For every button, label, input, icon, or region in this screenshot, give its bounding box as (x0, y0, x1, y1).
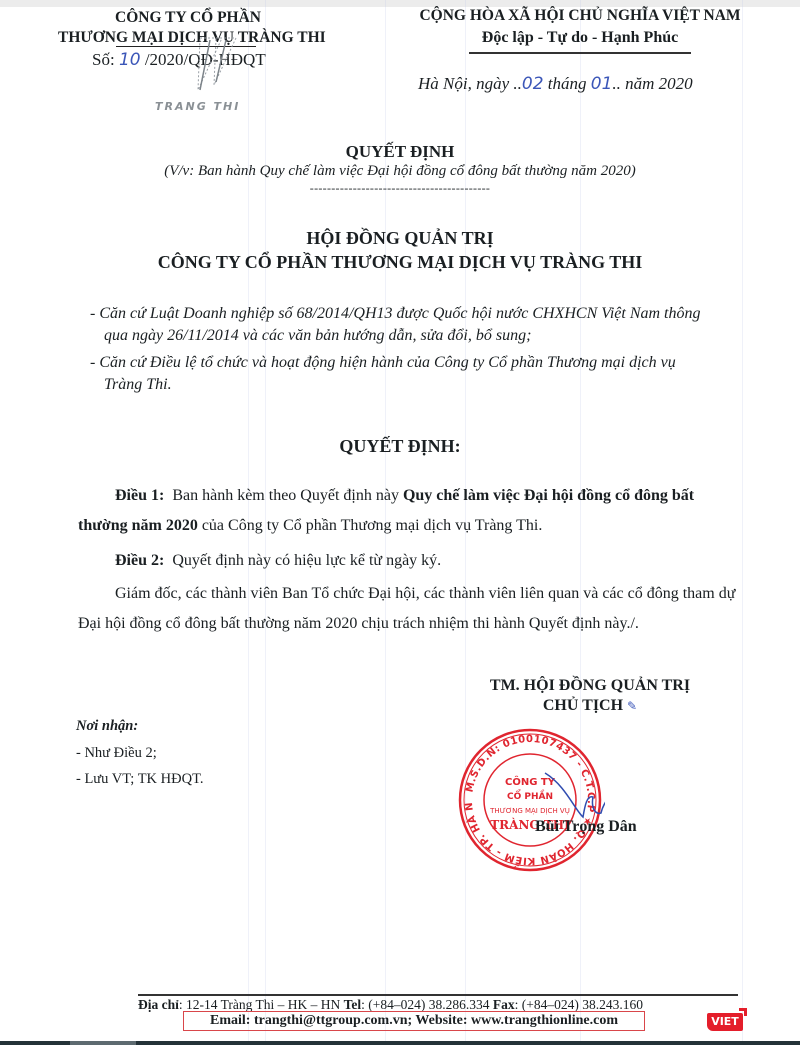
document-title: QUYẾT ĐỊNH (0, 142, 800, 162)
svg-text:THƯƠNG MẠI DỊCH VỤ: THƯƠNG MẠI DỊCH VỤ (489, 807, 570, 815)
bottom-bar-segment (70, 1041, 136, 1045)
handwritten-day: 02 (522, 74, 544, 94)
company-logo-icon (170, 30, 250, 100)
national-header: CỘNG HÒA XÃ HỘI CHỦ NGHĨA VIỆT NAM Độc l… (390, 5, 770, 54)
national-title: CỘNG HÒA XÃ HỘI CHỦ NGHĨA VIỆT NAM (390, 5, 770, 27)
national-motto: Độc lập - Tự do - Hạnh Phúc (390, 27, 770, 49)
recipient-item: - Lưu VT; TK HĐQT. (76, 771, 203, 788)
watermark-badge: VIET (707, 1013, 743, 1031)
board-title: HỘI ĐỒNG QUẢN TRỊ (0, 228, 800, 249)
date-line: Hà Nội, ngày ..02 tháng 01.. năm 2020 (418, 74, 693, 94)
footer-divider (138, 994, 738, 996)
initial-mark: ✎ (627, 699, 637, 713)
motto-underline (469, 52, 691, 54)
signature-title: TM. HỘI ĐỒNG QUẢN TRỊ CHỦ TỊCH ✎ (470, 676, 710, 716)
recipient-item: - Như Điều 2; (76, 745, 157, 762)
watermark-corner-icon (739, 1008, 747, 1016)
legal-basis-1: - Căn cứ Luật Doanh nghiệp số 68/2014/QH… (90, 303, 700, 347)
logo-wordmark: TRANG THI (155, 100, 240, 113)
closing-paragraph: Giám đốc, các thành viên Ban Tổ chức Đại… (78, 579, 738, 639)
title-divider: ----------------------------------------… (0, 181, 800, 196)
signer-name: Bùi Trọng Dân (535, 818, 637, 836)
article-1: Điều 1: Ban hành kèm theo Quyết định này… (78, 481, 728, 541)
document-subject: (V/v: Ban hành Quy chế làm việc Đại hội … (0, 163, 800, 180)
footer-email-website: Email: trangthi@ttgroup.com.vn; Website:… (183, 1011, 645, 1031)
handwritten-month: 01 (591, 74, 613, 94)
article-2: Điều 2: Quyết định này có hiệu lực kể từ… (115, 552, 441, 570)
company-line-1: CÔNG TY CỔ PHẦN (58, 8, 318, 28)
svg-text:CÔNG TY: CÔNG TY (505, 775, 556, 788)
legal-basis-2: - Căn cứ Điều lệ tổ chức và hoạt động hi… (90, 352, 676, 396)
recipients-label: Nơi nhận: (76, 718, 138, 735)
company-seal-icon: M.S.D.N: 0100107437 - C.T.C.P ★ Q. HOÀN … (455, 725, 605, 875)
bottom-bar (0, 1041, 800, 1045)
decision-heading: QUYẾT ĐỊNH: (0, 436, 800, 457)
svg-text:CỔ PHẦN: CỔ PHẦN (507, 789, 553, 802)
handwritten-number: 10 (119, 50, 141, 70)
board-company: CÔNG TY CỔ PHẦN THƯƠNG MẠI DỊCH VỤ TRÀNG… (0, 252, 800, 273)
